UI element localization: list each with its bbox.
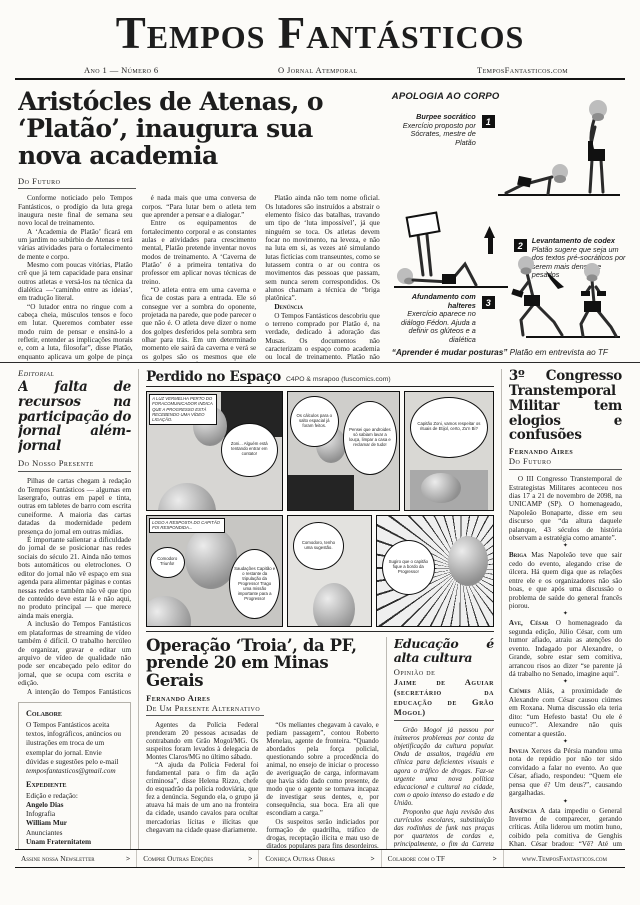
chevron-right-icon: > [370,854,374,863]
congresso-column: 3º Congresso Transtemporal Militar tem e… [509,369,622,849]
quote-attrib: Platão em entrevista ao TF [507,348,608,357]
paragraph: O Tempos Fantásticos descobriu que o ter… [265,312,380,362]
editorial-byline: Do Nosso Presente [18,459,131,472]
educacao-byline: Opinião de Jaime de Aguiar (secretário d… [394,668,494,721]
role-label: Anunciantes [26,828,123,837]
paragraph: Agentes da Polícia Federal prenderam 20 … [146,721,258,761]
speech-bubble: Comodoro Triunfo! [150,547,185,578]
congresso-byline: Fernando Aires Do Futuro [509,447,622,470]
comic-panel: A luz vermelha perto do foracomunicador … [146,391,282,511]
operacao-columns: Agentes da Polícia Federal prenderam 20 … [146,721,379,849]
column-divider [386,637,387,849]
paragraph: A inclusão do Tempos Fantásticos em plat… [18,620,131,687]
operacao-col-2: “Os meliantes chegavam à cavalo, e pedia… [266,721,378,849]
item-tag: Inveja [509,747,528,755]
comic-header: Perdido no Espaço C4PO & msrapoo (fuscom… [146,369,494,387]
comic-credits: C4PO & msrapoo (fuscomics.com) [286,376,391,383]
speech-bubble: Saudações Capitão e o restante da tripul… [229,549,280,619]
footer-link-newsletter[interactable]: Assine nossa Newsletter > [15,850,136,867]
lead-byline: Do Futuro [18,176,136,189]
congresso-item: Briga Mas Napoleão teve que sair cedo do… [509,551,622,610]
operacao-headline: Operação ‘Troia’, da PF, prende 20 em Mi… [146,637,379,689]
paragraph: Conforme noticiado pelo Tempos Fantástic… [18,194,133,227]
item-text: Aliás, a proximidade de Alexandre com Cé… [509,687,622,737]
exercise-3-desc: Exercício aparece no diálogo Fédon. Ajud… [401,309,476,344]
exercise-3-number-badge: 3 [482,296,495,309]
paragraph: Platão ainda não tem nome oficial. Os lu… [265,194,380,302]
chevron-right-icon: > [493,854,497,863]
speech-bubble: Pensei que androides só sabiam lavar a l… [343,401,396,474]
footer-link-editions[interactable]: Compre Outras Edições > [136,850,258,867]
educacao-article: Educação é alta cultura Opinião de Jaime… [394,637,494,849]
speech-bubble: Os cálculos para o salto espacial já for… [290,396,339,448]
lead-col-2: é nada mais que uma conversa de corpos. … [142,194,257,362]
item-separator: ✦ [509,739,622,746]
apologia-infographic: APOLOGIA AO CORPO Burpee socrático Exerc… [392,89,622,357]
role-label: Edição e redação: [26,791,123,800]
item-text: Xerxes da Pérsia mandou uma nota de repú… [509,747,622,797]
operacao-author: Fernando Aires [146,693,210,703]
issue-row: Ano 1 — Número 6 O Jornal Atemporal Temp… [0,56,640,78]
codex-lift-illustration [392,207,510,300]
denuncia-subhead: Denúncia [265,303,380,312]
expediente-title: Expediente [26,780,123,790]
comic-caption: Logo a resposta do capitão foi respondid… [149,518,225,533]
item-tag: Briga [509,551,527,559]
colabore-text: O Tempos Fantásticos aceita textos, info… [26,720,123,766]
tagline: O Jornal Atemporal [278,65,358,75]
item-text: O homenageado da segunda edição, Júlio C… [509,619,622,678]
comic-panel: Capitão Zoni, vamos respeitar os rituais… [404,391,494,511]
congresso-origin: Do Futuro [509,456,552,466]
paragraph: “O lutador entra no ringue com a cabeça … [18,303,133,362]
comic-panel: Sugiro que o capitão fique a bordo da Pr… [376,515,494,627]
comic-title: Perdido no Espaço [146,369,281,385]
item-tag: Ausência [509,807,537,815]
footer-link-label: Compre Outras Edições [143,854,213,863]
paragraph: A intenção do Tempos Fantásticos não é d… [18,688,131,696]
paragraph: “Os meliantes chegavam à cavalo, e pedia… [266,721,378,818]
comic-panel: Logo a resposta do capitão foi respondid… [146,515,282,627]
item-separator: ✦ [509,679,622,686]
congresso-headline: 3º Congresso Transtemporal Militar tem e… [509,369,622,443]
paragraph: Os suspeitos serão indiciados por formaç… [266,818,378,850]
editorial-headline: A falta de recursos na participação do j… [18,380,131,454]
role-name: Unam Fraternitatem [26,837,91,846]
item-text: Mas Napoleão teve que sair cedo do event… [509,551,622,610]
exercise-1-desc: Exercício proposto por Sócrates, mestre … [403,121,476,147]
lead-headline: Aristócles de Atenas, o ‘Platão’, inaugu… [18,89,380,169]
paragraph: Entre os equipamentos de fortalecimento … [142,219,257,286]
paragraph: Grão Mogol já passou por inúmeros proble… [394,726,494,808]
masthead: Tempos Fantásticos [0,0,640,56]
item-separator: ✦ [509,799,622,806]
item-tag: Ciúmes [509,687,531,695]
editorial-column: Editorial A falta de recursos na partici… [18,369,131,849]
educacao-kicker: Opinião de [394,667,436,677]
footer-site-url[interactable]: www.TemposFantasticos.com [503,850,625,867]
newspaper-title: Tempos Fantásticos [0,11,640,56]
chevron-right-icon: > [126,854,130,863]
comic-panel: Os cálculos para o salto espacial já for… [287,391,400,511]
editorial-article: Editorial A falta de recursos na partici… [18,369,131,696]
paragraph: É importante salientar a dificuldade do … [18,536,131,620]
congresso-item: Inveja Xerxes da Pérsia mandou uma nota … [509,747,622,798]
paragraph: Mesmo com poucas vitórias, Platão crê qu… [18,261,133,303]
paragraph: “A ajuda da Polícia Federal foi fundamen… [146,761,258,833]
speech-bubble: Zoni... Alguém está tentando entrar em c… [221,423,277,477]
burpee-illustration [494,89,622,210]
editorial-kicker: Editorial [18,369,131,379]
plato-quote: “Aprender é mudar posturas” Platão em en… [392,348,622,357]
paragraph: Proponho que haja revisão dos currículos… [394,808,494,849]
site-url[interactable]: TemposFantasticos.com [477,65,568,75]
lead-columns: Conforme noticiado pelo Tempos Fantástic… [18,194,380,362]
operacao-origin: De Um Presente Alternativo [146,703,260,713]
footer-link-label: Colabore com o TF [388,854,445,863]
chevron-right-icon: > [248,854,252,863]
bottom-articles: Operação ‘Troia’, da PF, prende 20 em Mi… [146,637,494,849]
footer-bar: Assine nossa Newsletter > Compre Outras … [15,849,625,868]
colabore-email[interactable]: temposfantasticos@gmail.com [26,766,123,775]
educacao-headline: Educação é alta cultura [394,637,494,664]
speech-bubble: Capitão Zoni, vamos respeitar os rituais… [410,397,488,458]
lead-article: Aristócles de Atenas, o ‘Platão’, inaugu… [18,89,380,362]
item-tag: Ave, César [509,619,549,627]
exercise-3-name: Afundamento com halteres [412,292,476,310]
paragraph: é nada mais que uma conversa de corpos. … [142,194,257,219]
operacao-article: Operação ‘Troia’, da PF, prende 20 em Mi… [146,637,379,849]
lead-section: Aristócles de Atenas, o ‘Platão’, inaugu… [0,80,640,363]
lead-col-3: Platão ainda não tem nome oficial. Os lu… [265,194,380,362]
colabore-title: Colabore [26,709,123,719]
congresso-item: Ausência A data impediu o General Invern… [509,807,622,849]
issue-number: Ano 1 — Número 6 [84,65,159,75]
paragraph: “O atleta entra em uma caverna e fica de… [142,286,257,362]
section-rule [146,631,494,632]
newspaper-page: Tempos Fantásticos Ano 1 — Número 6 O Jo… [0,0,640,905]
operacao-byline: Fernando Aires De Um Presente Alternativ… [146,693,264,716]
quote-text: “Aprender é mudar posturas” [392,348,508,357]
middle-band: Editorial A falta de recursos na partici… [0,363,640,849]
comic-row-2: Logo a resposta do capitão foi respondid… [146,515,494,627]
infographic-title: APOLOGIA AO CORPO [392,91,500,102]
lunge-illustration [496,249,622,350]
colabore-box: Colabore O Tempos Fantásticos aceita tex… [18,702,131,849]
educacao-author: Jaime de Aguiar (secretário da educação … [394,677,494,717]
footer-link-collaborate[interactable]: Colabore com o TF > [381,850,503,867]
operacao-col-1: Agentes da Polícia Federal prenderam 20 … [146,721,258,849]
exercise-1-label: Burpee socrático Exercício proposto por … [392,113,476,147]
comic-caption: A luz vermelha perto do foracomunicador … [149,394,217,425]
footer-link-label: Conheça Outras Obras [265,854,334,863]
paragraph: A ‘Academia de Platão’ ficará em um jard… [18,228,133,261]
role-name: Angelo Dias [26,800,64,809]
column-divider [501,369,502,849]
footer-link-works[interactable]: Conheça Outras Obras > [258,850,380,867]
role-name: William Mur [26,818,67,827]
item-separator: ✦ [509,543,622,550]
speech-bubble: Sugiro que o capitão fique a bordo da Pr… [382,540,435,595]
comic-row-1: A luz vermelha perto do foracomunicador … [146,391,494,511]
comic-panel: Comodoro, tenho uma sugestão. [287,515,372,627]
role-label: Infografia [26,809,123,818]
congresso-author: Fernando Aires [509,446,573,456]
exercise-1-number-badge: 1 [482,115,495,128]
footer-link-label: Assine nossa Newsletter [21,854,95,863]
congresso-item: Ciúmes Aliás, a proximidade de Alexandre… [509,687,622,738]
exercise-3-label: Afundamento com halteres Exercício apare… [392,293,476,345]
item-separator: ✦ [509,611,622,618]
speech-bubble: Comodoro, tenho uma sugestão. [293,522,345,570]
paragraph: O III Congresso Transtemporal de Estrate… [509,475,622,542]
center-column: Perdido no Espaço C4PO & msrapoo (fuscom… [146,369,494,849]
congresso-item: Ave, César O homenageado da segunda ediç… [509,619,622,678]
paragraph: Pilhas de cartas chegam à redação do Tem… [18,477,131,536]
lead-col-1: Conforme noticiado pelo Tempos Fantástic… [18,194,133,362]
comic-strip: A luz vermelha perto do foracomunicador … [146,391,494,629]
footer-site-label: www.TemposFantasticos.com [522,854,607,863]
column-divider [138,369,139,849]
